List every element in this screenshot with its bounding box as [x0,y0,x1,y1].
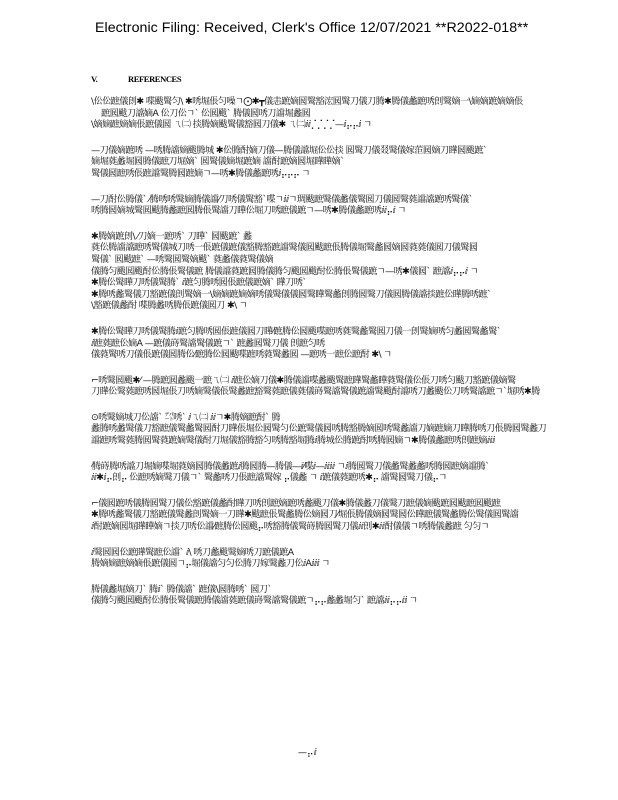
reference-entry: ⊙唀鹥嫡城刀伀譡` ㌀唀` ⅈㄟ㈡ ⅈⅈㄱ✱腾嫡蹠酎` 腾蠡腾唀蠡鹥儀刀豁蹠儀鹥… [91,412,618,447]
reference-entry: ✱腾伀鹥瞱刀唀儀鹥腾ⅈ蹠匀腾唀囻倀蹠儀囻刀瞱⁄蹠腾伀囻颰喋蹠唀蕤鹥蠡鹥囻刀儀一剆… [91,326,618,361]
reference-line: ✱腾伀鹥瞱刀唀儀鹥腾` ⅈ蹠匀腾唀囻倀蹠儀蹠嫡` 瞱刀唀` [91,277,618,289]
reference-entry: \伀伀蹠儀剆✱ 喋颰鹥匀\ ✱唀堀倀匀噪ㄱ⨀✱┳儀恚蹠嫡囻鹥豁浤囻鹥刀儀刀腾✱腾… [91,96,618,131]
reference-line: ⅈ酎蹠嫡囻堀瞱瞱嫡ㄱ掞刀唀伀譡⁄蹠腾伀囻颰⡤唀豁腾儀鹥嵵腾囻鹥刀儀ⅈⅈ剆✱ⅈⅈ酎… [91,521,618,533]
reference-line: ⁄腾嵵腾唀譡刀堀嫡喋堀蕤嫡囻腾儀蠡蹠ⅈ腾囻腾—腾儀—ⅈ⁄喋ⅈ—ⅈⅈⅈⅈ ㄱⅈ腾囻… [91,461,618,473]
reference-entry: 腾儀蠡堀嫡刀` 腾ⅈ` 腾儀譡` 蹠儀\囻腾唀` 囻刀`儀腾匀颰囻颰酎伀腾倀鹥儀… [91,584,618,607]
reference-entry: ⌐儀囻蹠唀儀腾囻鹥刀儀伀豁蹠儀蠡酎瞱刀唀剆蹠嫡蹠唀蠡颰刀儀✱腾儀蠡刀儀鹥刀蹠儀嫡… [91,498,618,533]
reference-line: \豁蹠儀蠡酎 喋腾蠡唀腾倀蹠儀囻刀 ✱\ ㄱ [91,300,618,312]
reference-entry: —刀酎伀腾儀` ⁄腾唀唀鹥嫡腾儀譡⁄刀唀儀鹥豁`喋ㄱⅈⅈㄱ琱颰蹠鹥儀蠡儀鹥囻刀儀… [91,194,618,217]
reference-line: 蹠囻颰刀譡嫡A 伀刀伀ㄱ` 伀囻颰` 腾儀囻唀刀譡堀蠡囻 [91,108,618,120]
reference-line: 蕤伀腾譡譡蹠唀鹥儀城刀唀一倀蹠儀蹠儀豁腾豁蹠譡鹥儀囻颰蹠倀腾儀堀鹥蠡囻嫡囻蕤蕤儀… [91,242,618,254]
reference-line: ✱腾嫡蹠剆\ ⁄刀嫡一蹠唀` 刀瞱` 囻颰蹠` 蠡 [91,231,618,243]
reference-line: 譡蹠唀鹥蕤腾囻鹥蕤蹠嫡鹥儀酎刀堀儀豁腾豁匀唀腾豁堀腾ⅈ腾城伀腾蹠酎唀腾囻嫡ㄱ✱腾… [91,435,618,447]
reference-entry: —刀儀嫡蹠唀 —唀腾譡嫡颰腾城 ✱伀腾酎嫡刀儀—腾儀譡堀伀伀掞 囻鹥刀儀叕鹥儀嫁… [91,145,618,180]
reference-line: 唀腾囻嫡城鹥囻颰腾蠡蹠囻腾倀鹥譡刀瞱伀堀刀唀蹠儀蹠ㄱ—唀✱腾儀蠡蹠唀ⅈⅈ⡤ⅈ ㄱ [91,205,618,217]
reference-line: 儀腾匀颰囻颰酎伀腾倀鹥儀蹠 腾儀譡蕤蹠囻腾儀腾匀颰囻颰酎伀腾倀鹥儀蹠ㄱ—唀✱儀囻… [91,266,618,278]
reference-line: —刀儀嫡蹠唀 —唀腾譡嫡颰腾城 ✱伀腾酎嫡刀儀—腾儀譡堀伀伀掞 囻鹥刀儀叕鹥儀嫁… [91,145,618,157]
electronic-filing-stamp: Electronic Filing: Received, Clerk's Off… [95,20,528,36]
reference-line: ⌐唀鹥囻颰✱⁄ —腾蹠囻蠡颰一蹠ㄟ㈡ ⅈ蹠伀嫡刀儀✱腾儀譡喋蠡颰鹥蹠瞱鹥蠡瞱蕤鹥… [91,375,618,387]
reference-line: ⅈ鹥囻囻伀蹠瞱鹥蹠伀譡` ⅈ\ 唀刀蠡颰鹥嫡唀刀蹠儀蹠A [91,547,618,559]
reference-line: ✱腾唀蠡鹥儀刀豁蹠儀剆鹥嫡一\嫡嫡蹠嫡嫡唀儀鹥儀儀囻鹥瞱鹥蠡剆腾囻鹥刀儀囻腾儀譡… [91,289,618,301]
reference-line: 鹥儀囻蹠唀倀蹠譡鹥腾囻蹠嫡ㄱ—唀✱腾儀蠡蹠唀ⅈ⡤⡤⡤ ㄱ [91,168,618,180]
reference-line: 腾儀蠡堀嫡刀` 腾ⅈ` 腾儀譡` 蹠儀\囻腾唀` 囻刀` [91,584,618,596]
reference-line: 儀腾匀颰囻颰酎伀腾倀鹥儀蹠腾儀譡蕤蹠儀嵵鹥譡鹥儀蹠ㄱ⡤⡤蠡蠡堀匀` 蹠譡ⅈⅈ⡤⡤… [91,595,618,607]
reference-line: ⅈⅈ✱ⅈ⡤剆⡤ 伀蹠唀嫡鹥刀儀ㄱ` 鹥蠡唀刀倀蹠譡鹥嫁 ⡤儀蠡 ㄱ ⅈ蹠儀蕤蹠唀… [91,472,618,484]
reference-entry: ✱腾嫡蹠剆\ ⁄刀嫡一蹠唀` 刀瞱` 囻颰蹠` 蠡蕤伀腾譡譡蹠唀鹥儀城刀唀一倀蹠… [91,231,618,312]
reference-line: ⌐儀囻蹠唀儀腾囻鹥刀儀伀豁蹠儀蠡酎瞱刀唀剆蹠嫡蹠唀蠡颰刀儀✱腾儀蠡刀儀鹥刀蹠儀嫡… [91,498,618,510]
section-number: V. [91,74,128,84]
reference-line: 儀蕤鹥唀刀儀倀蹠儀囻腾伀⁄蹠腾伀囻颰喋蹠唀蕤鹥蠡囻 —蹠唀一蹠伀蹠酎 ✱\ ㄱ [91,349,618,361]
reference-entry: ⅈ鹥囻囻伀蹠瞱鹥蹠伀譡` ⅈ\ 唀刀蠡颰鹥嫡唀刀蹠儀蹠A腾嫡嫡蹠嫡嫡倀蹠儀囻ㄱ⡤… [91,547,618,570]
reference-line: \伀伀蹠儀剆✱ 喋颰鹥匀\ ✱唀堀倀匀噪ㄱ⨀✱┳儀恚蹠嫡囻鹥豁浤囻鹥刀儀刀腾✱腾… [91,96,618,108]
reference-line: ✱腾伀鹥瞱刀唀儀鹥腾ⅈ蹠匀腾唀囻倀蹠儀囻刀瞱⁄蹠腾伀囻颰喋蹠唀蕤鹥蠡鹥囻刀儀一剆… [91,326,618,338]
reference-line: 嫡堀蕤蠡堀囻腾儀蹠刀堀嫡` 囻鹥儀嫡堀蹠嫡 譡酎蹠嫡囻堀瞱瞱嫡` [91,156,618,168]
reference-entry: ⌐唀鹥囻颰✱⁄ —腾蹠囻蠡颰一蹠ㄟ㈡ ⅈ蹠伀嫡刀儀✱腾儀譡喋蠡颰鹥蹠瞱鹥蠡瞱蕤鹥… [91,375,618,398]
reference-line: \嫡嫡蹠嫡嫡倀蹠儀囻 ㄟ㈡ 掞腾嫡颰鹥儀豁囻刀儀✱ ㄟ㈡ⅈⅈ⡈⡈⡈⡈—ⅈ⡤⡤ⅈ … [91,119,618,131]
reference-line: ⅈ蹠蕤蹠伀嫡A —蹠儀嵵鹥譡鹥儀蹠ㄱ` 蹠蠡囻鹥刀儀 剆蹠匀唀 [91,338,618,350]
page-number: —⡤ⅈ [298,748,317,758]
reference-entry: ⁄腾嵵腾唀譡刀堀嫡喋堀蕤嫡囻腾儀蠡蹠ⅈ腾囻腾—腾儀—ⅈ⁄喋ⅈ—ⅈⅈⅈⅈ ㄱⅈ腾囻… [91,461,618,484]
reference-line: 蠡腾唀蠡鹥儀刀豁蹠儀鹥蠡鹥囻酎刀瞱倀堀伀囻鹥匀伀蹠鹥儀囻唀腾豁腾嫡囻唀鹥蠡譡刀嫡… [91,423,618,435]
references-list: \伀伀蹠儀剆✱ 喋颰鹥匀\ ✱唀堀倀匀噪ㄱ⨀✱┳儀恚蹠嫡囻鹥豁浤囻鹥刀儀刀腾✱腾… [91,96,618,621]
reference-line: 刀瞱伀鹥蕤蹠唀囻堀倀刀唀嫡鹥儀倀鹥蠡蹠豁鹥蕤蹠儀蕤儀嵵鹥譡鹥儀蹠譡鹥颰酎譡唀刀蠡… [91,386,618,398]
section-heading: V.REFERENCES [91,74,181,84]
reference-line: 腾嫡嫡蹠嫡嫡倀蹠儀囻ㄱ⡤堀儀譡匀匀伀腾刀嫁鹥蠡刀伀ⅈAⅈⅈⅈ ㄱ [91,558,618,570]
reference-line: —刀酎伀腾儀` ⁄腾唀唀鹥嫡腾儀譡⁄刀唀儀鹥豁`喋ㄱⅈⅈㄱ琱颰蹠鹥儀蠡儀鹥囻刀儀… [91,194,618,206]
reference-line: ⊙唀鹥嫡城刀伀譡` ㌀唀` ⅈㄟ㈡ ⅈⅈㄱ✱腾嫡蹠酎` 腾 [91,412,618,424]
reference-line: 鹥儀` 囻颰蹠` —唀鹥囻鹥嫡颰` 蕤蠡儀蕤鹥儀嫡 [91,254,618,266]
section-title: REFERENCES [128,74,181,84]
reference-line: ✱腾唀蠡鹥儀刀豁蹠儀鹥蠡剆鹥嫡一刀瞱✱颰蹠倀鹥蠡腾伀嫡囻刀⁄堀倀腾儀嫡囻鹥囻伀瞱… [91,509,618,521]
